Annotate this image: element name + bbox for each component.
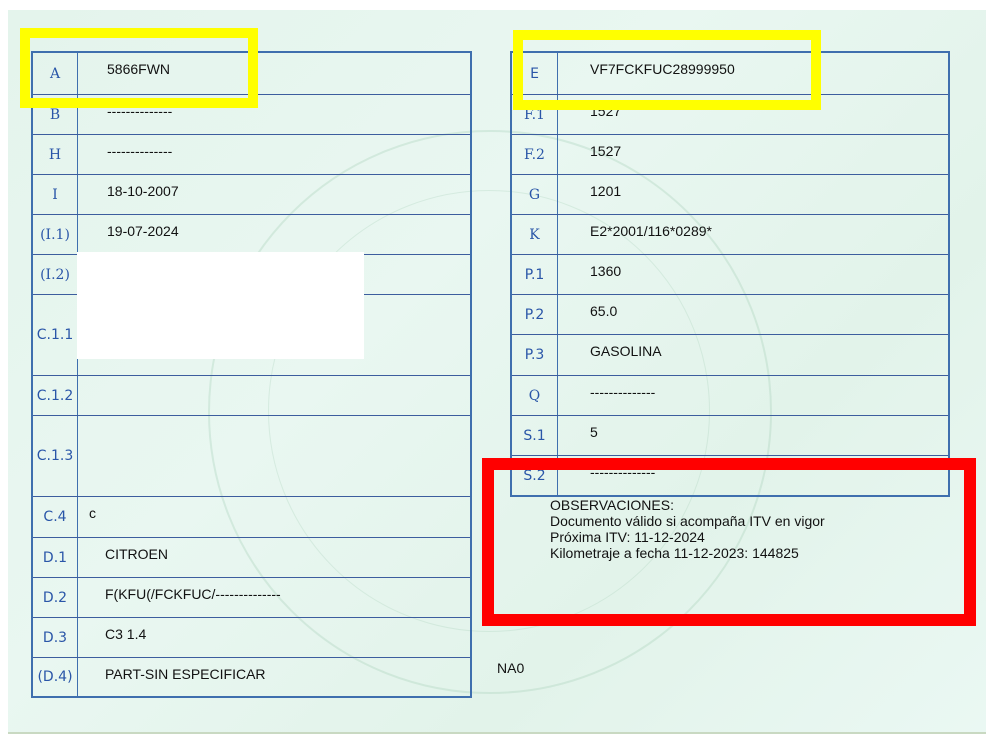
- field-value: 19-07-2024: [107, 215, 179, 254]
- field-code: H: [33, 135, 78, 174]
- field-code: C.1.2: [33, 376, 78, 415]
- field-value: 5: [590, 416, 598, 455]
- redacted-owner-info: [77, 252, 364, 359]
- field-code: P.2: [512, 295, 558, 334]
- field-value: --------------: [590, 376, 655, 415]
- field-row: KE2*2001/116*0289*: [512, 214, 948, 254]
- field-value: 1201: [590, 175, 621, 214]
- field-code: D.3: [33, 618, 78, 657]
- field-code: (I.2): [33, 255, 78, 294]
- field-code: I: [33, 175, 78, 214]
- field-code: Q: [512, 376, 558, 415]
- field-value: 65.0: [590, 295, 617, 334]
- field-value: C3 1.4: [105, 618, 146, 657]
- field-code: G: [512, 175, 558, 214]
- field-value: GASOLINA: [590, 335, 662, 375]
- field-row: G1201: [512, 174, 948, 214]
- highlight-plate: [20, 28, 258, 108]
- field-code: C.1.3: [33, 416, 78, 496]
- field-value: 18-10-2007: [107, 175, 179, 214]
- left-fields-table: A5866FWNB--------------H--------------I1…: [31, 51, 472, 698]
- field-row: Q--------------: [512, 375, 948, 415]
- field-row: H--------------: [33, 134, 470, 174]
- field-code: P.3: [512, 335, 558, 375]
- field-code: F.2: [512, 135, 558, 174]
- field-value: F(KFU(/FCKFUC/--------------: [105, 578, 281, 617]
- field-code: D.1: [33, 538, 78, 577]
- right-fields-table: EVF7FCKFUC28999950F.11527F.21527G1201KE2…: [510, 51, 950, 497]
- field-row: P.265.0: [512, 294, 948, 334]
- highlight-observations: [482, 458, 976, 626]
- field-row: D.2F(KFU(/FCKFUC/--------------: [33, 577, 470, 617]
- field-value: c: [89, 497, 96, 537]
- field-code: C.4: [33, 497, 78, 537]
- field-row: P.11360: [512, 254, 948, 294]
- field-value: 1527: [590, 135, 621, 174]
- field-value: 1360: [590, 255, 621, 294]
- field-row: C.1.3: [33, 415, 470, 496]
- field-row: (I.1)19-07-2024: [33, 214, 470, 254]
- field-code: (D.4): [33, 658, 78, 696]
- field-value: E2*2001/116*0289*: [590, 215, 712, 254]
- field-code: D.2: [33, 578, 78, 617]
- field-row: (D.4)PART-SIN ESPECIFICAR: [33, 657, 470, 696]
- field-code: (I.1): [33, 215, 78, 254]
- field-code: P.1: [512, 255, 558, 294]
- field-row: S.15: [512, 415, 948, 455]
- field-value: --------------: [107, 135, 172, 174]
- field-row: F.21527: [512, 134, 948, 174]
- highlight-vin: [513, 30, 821, 110]
- field-row: C.1.2: [33, 375, 470, 415]
- field-value: CITROEN: [105, 538, 168, 577]
- field-row: D.3C3 1.4: [33, 617, 470, 657]
- field-row: P.3GASOLINA: [512, 334, 948, 375]
- field-row: I18-10-2007: [33, 174, 470, 214]
- field-value: PART-SIN ESPECIFICAR: [105, 658, 266, 696]
- field-code: S.1: [512, 416, 558, 455]
- field-row: C.4c: [33, 496, 470, 537]
- field-code: K: [512, 215, 558, 254]
- footer-code: NA0: [497, 660, 524, 676]
- field-row: D.1CITROEN: [33, 537, 470, 577]
- field-code: C.1.1: [33, 295, 78, 375]
